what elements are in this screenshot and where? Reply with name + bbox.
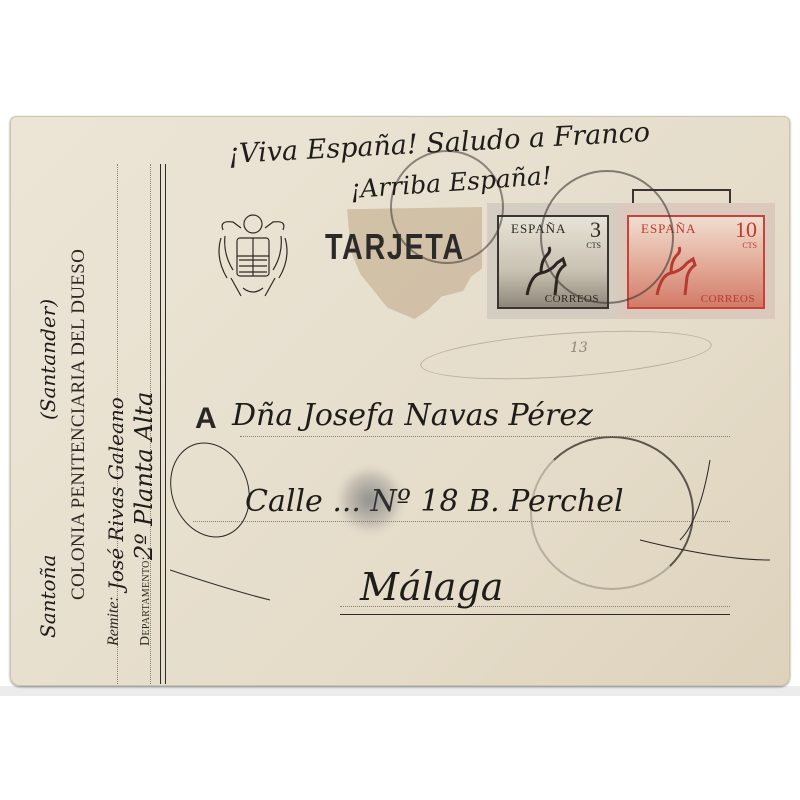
handwriting-flourish xyxy=(170,430,780,630)
background-shadow xyxy=(0,686,800,696)
stamp-unit: CTS xyxy=(742,241,757,250)
pencil-note: 13 xyxy=(570,340,588,356)
vertical-rule-1 xyxy=(160,164,161,684)
postmark-stamps xyxy=(540,170,674,304)
coat-of-arms-icon xyxy=(215,208,291,304)
ink-stain xyxy=(340,470,400,530)
handwritten-sender-name: José Rivas Galeano xyxy=(104,397,128,590)
recipient-name: Dña Josefa Navas Pérez xyxy=(232,398,593,433)
departamento-label: Departamento: xyxy=(138,556,154,646)
handwritten-sender-place: Santoña xyxy=(36,555,60,638)
stamp-value: 10 xyxy=(735,217,757,243)
handwritten-sender-province: (Santander) xyxy=(36,299,60,420)
stamp-label: CORREOS xyxy=(701,293,755,305)
vertical-rule-2 xyxy=(165,164,166,684)
remite-label: Remite: xyxy=(105,596,123,646)
handwritten-sender-department: 2º Planta Alta xyxy=(130,392,158,560)
institution-name: COLONIA PENITENCIARIA DEL DUESO xyxy=(68,249,90,600)
